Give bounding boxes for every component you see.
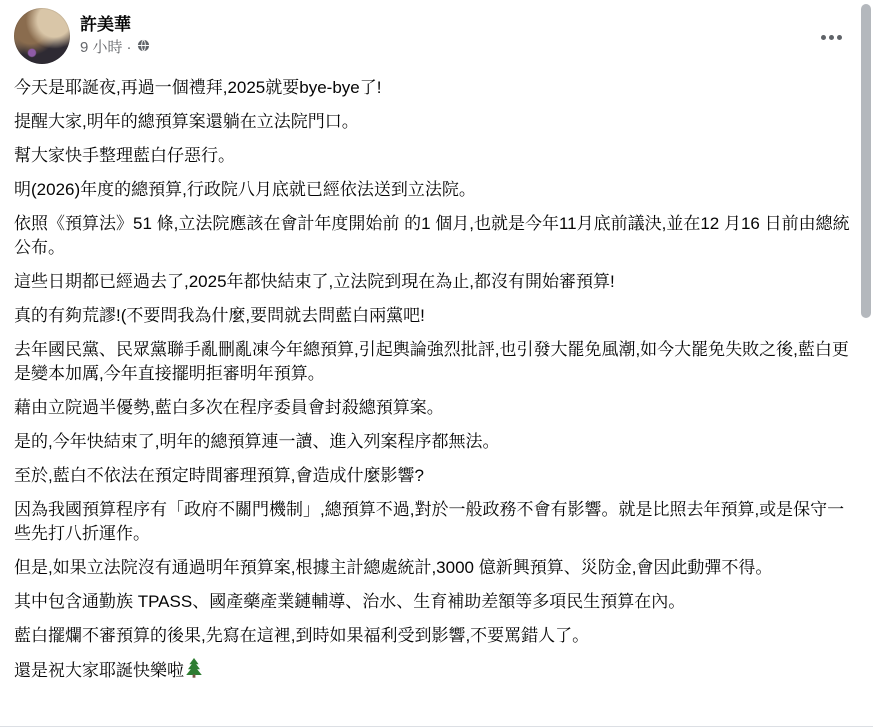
closing-text: 還是祝大家耶誕快樂啦: [14, 661, 184, 680]
more-options-button[interactable]: [813, 22, 849, 52]
post-paragraph: 提醒大家,明年的總預算案還躺在立法院門口。: [14, 110, 853, 134]
avatar[interactable]: [14, 8, 70, 64]
header-text: 許美華 9 小時 ·: [80, 8, 150, 57]
author-name[interactable]: 許美華: [80, 14, 150, 35]
post-paragraph: 依照《預算法》51 條,立法院應該在會計年度開始前 的1 個月,也就是今年11月…: [14, 212, 853, 260]
post-paragraph: 藉由立院過半優勢,藍白多次在程序委員會封殺總預算案。: [14, 396, 853, 420]
scrollbar-thumb[interactable]: [861, 4, 871, 318]
post-text: 今天是耶誕夜,再過一個禮拜,2025就要bye-bye了! 提醒大家,明年的總預…: [0, 66, 873, 685]
post-paragraph: 這些日期都已經過去了,2025年都快結束了,立法院到現在為止,都沒有開始審預算!: [14, 270, 853, 294]
post-paragraph: 是的,今年快結束了,明年的總預算連一讀、進入列案程序都無法。: [14, 430, 853, 454]
facebook-post: 許美華 9 小時 · 今天是耶誕夜,再過一個禮拜,2025就要bye-bye了!…: [0, 0, 873, 727]
post-paragraph: 幫大家快手整理藍白仔惡行。: [14, 144, 853, 168]
evergreen-tree-emoji: [186, 658, 202, 685]
scrollbar-track[interactable]: [859, 0, 873, 727]
post-paragraph: 但是,如果立法院沒有通過明年預算案,根據主計總處統計,3000 億新興預算、災防…: [14, 556, 853, 580]
post-paragraph: 真的有夠荒謬!(不要問我為什麼,要問就去問藍白兩黨吧!: [14, 304, 853, 328]
timestamp[interactable]: 9 小時: [80, 38, 123, 57]
post-meta: 9 小時 ·: [80, 38, 150, 57]
post-paragraph: 明(2026)年度的總預算,行政院八月底就已經依法送到立法院。: [14, 178, 853, 202]
globe-icon: [137, 38, 150, 57]
post-paragraph: 還是祝大家耶誕快樂啦: [14, 658, 853, 685]
dot-icon: [837, 35, 842, 40]
post-paragraph: 至於,藍白不依法在預定時間審理預算,會造成什麼影響?: [14, 464, 853, 488]
post-paragraph: 藍白擺爛不審預算的後果,先寫在這裡,到時如果福利受到影響,不要罵錯人了。: [14, 624, 853, 648]
post-paragraph: 去年國民黨、民眾黨聯手亂刪亂凍今年總預算,引起輿論強烈批評,也引發大罷免風潮,如…: [14, 338, 853, 386]
post-paragraph: 因為我國預算程序有「政府不關門機制」,總預算不過,對於一般政務不會有影響。就是比…: [14, 498, 853, 546]
dot-icon: [829, 35, 834, 40]
post-header: 許美華 9 小時 ·: [0, 0, 873, 66]
post-paragraph: 今天是耶誕夜,再過一個禮拜,2025就要bye-bye了!: [14, 76, 853, 100]
dot-icon: [821, 35, 826, 40]
meta-separator: ·: [127, 38, 132, 57]
post-paragraph: 其中包含通勤族 TPASS、國產藥產業鏈輔導、治水、生育補助差額等多項民生預算在…: [14, 590, 853, 614]
